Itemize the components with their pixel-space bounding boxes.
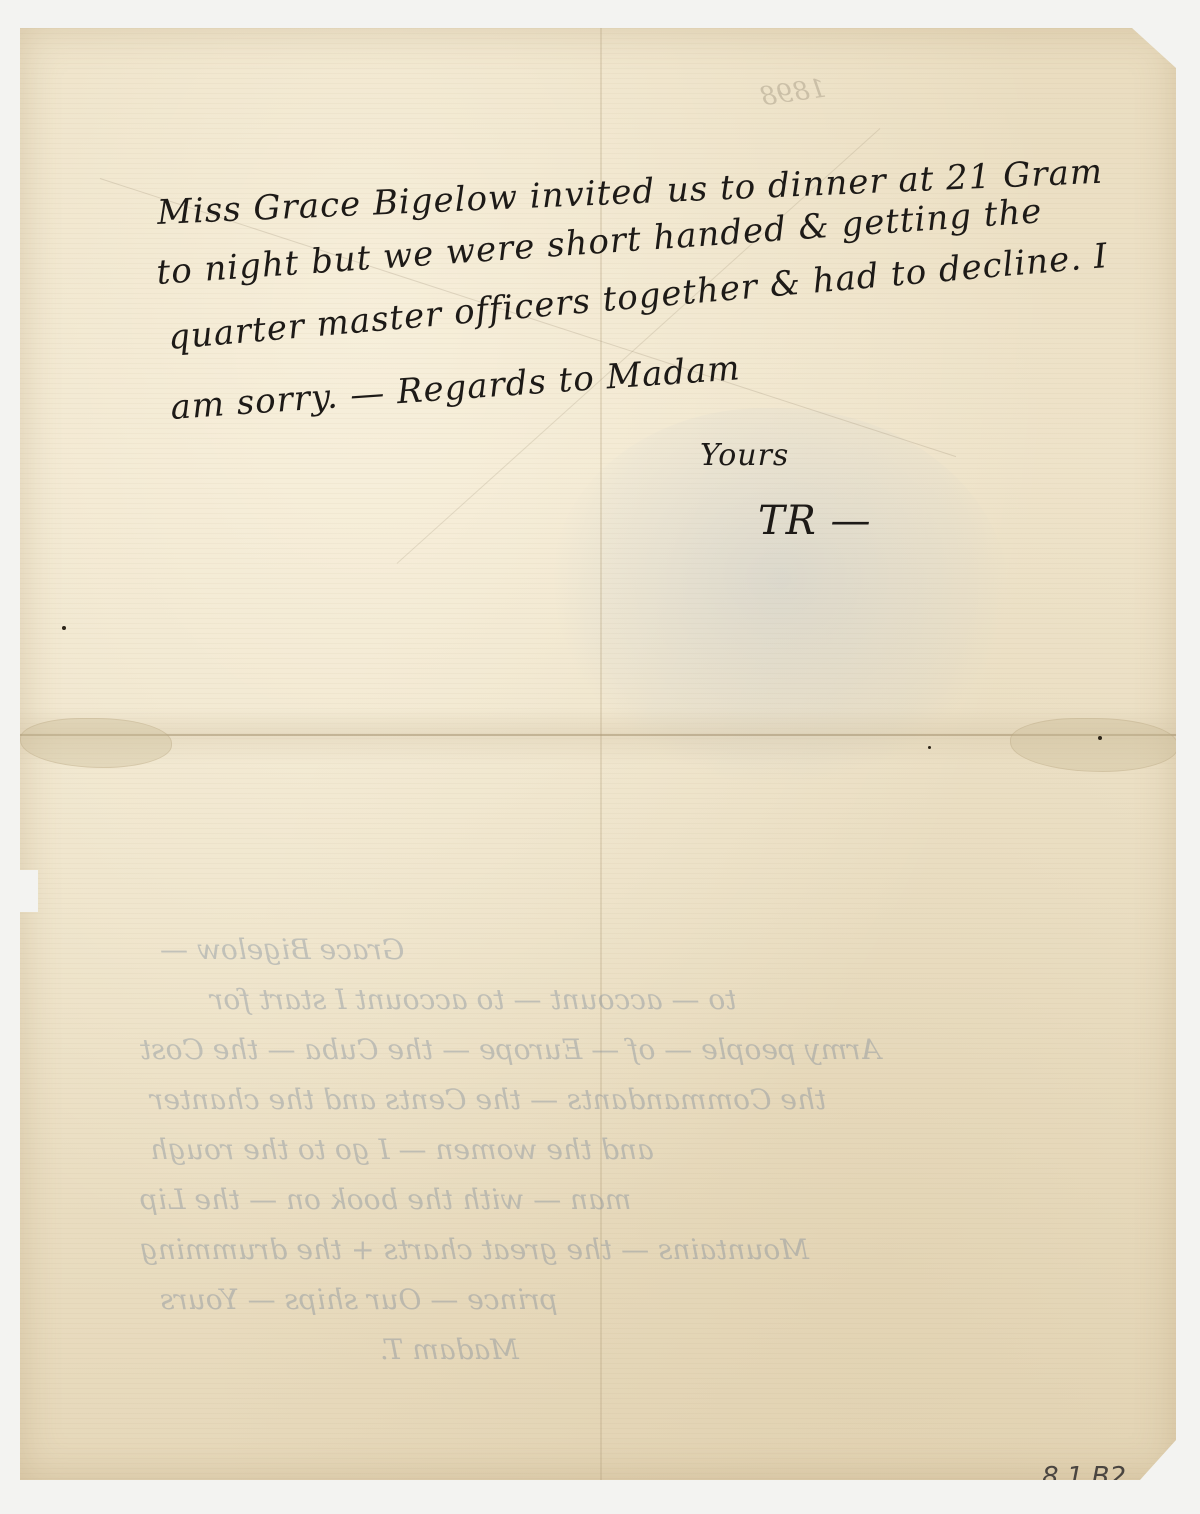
bleedthrough-line: to — account — to account I start for bbox=[210, 983, 737, 1016]
bleedthrough-line: man — with the book on — the Lip bbox=[140, 1183, 631, 1216]
bleedthrough-line: Grace Bigelow — bbox=[160, 933, 404, 966]
bleedthrough-line: Madam T. bbox=[380, 1333, 519, 1366]
bleedthrough-line: Army people — of — Europe — the Cuba — t… bbox=[140, 1033, 881, 1066]
horizontal-fold-line bbox=[20, 734, 1176, 736]
letter-line: am sorry. — Regards to Madam bbox=[169, 348, 742, 428]
signature: TR — bbox=[758, 498, 872, 544]
bleedthrough-line: Mountains — the great charts + the drumm… bbox=[140, 1233, 809, 1266]
bleedthrough-line: and the women — I go to the rough bbox=[150, 1133, 654, 1166]
ink-speck bbox=[928, 746, 931, 749]
bleedthrough-line: the Commandants — the Cents and the chan… bbox=[150, 1083, 826, 1116]
bleedthrough-line: prince — Our ships — Yours bbox=[160, 1283, 558, 1316]
letter-closing: Yours bbox=[700, 438, 789, 473]
bleedthrough-date: 1898 bbox=[758, 74, 828, 113]
ink-speck bbox=[1098, 736, 1102, 740]
fold-crease-band bbox=[20, 708, 1176, 764]
ink-speck bbox=[62, 626, 66, 630]
letter-page: 1898 Grace Bigelow — to — account — to a… bbox=[20, 28, 1176, 1480]
archive-catalog-label: 8.1.B2 bbox=[1042, 1462, 1126, 1492]
